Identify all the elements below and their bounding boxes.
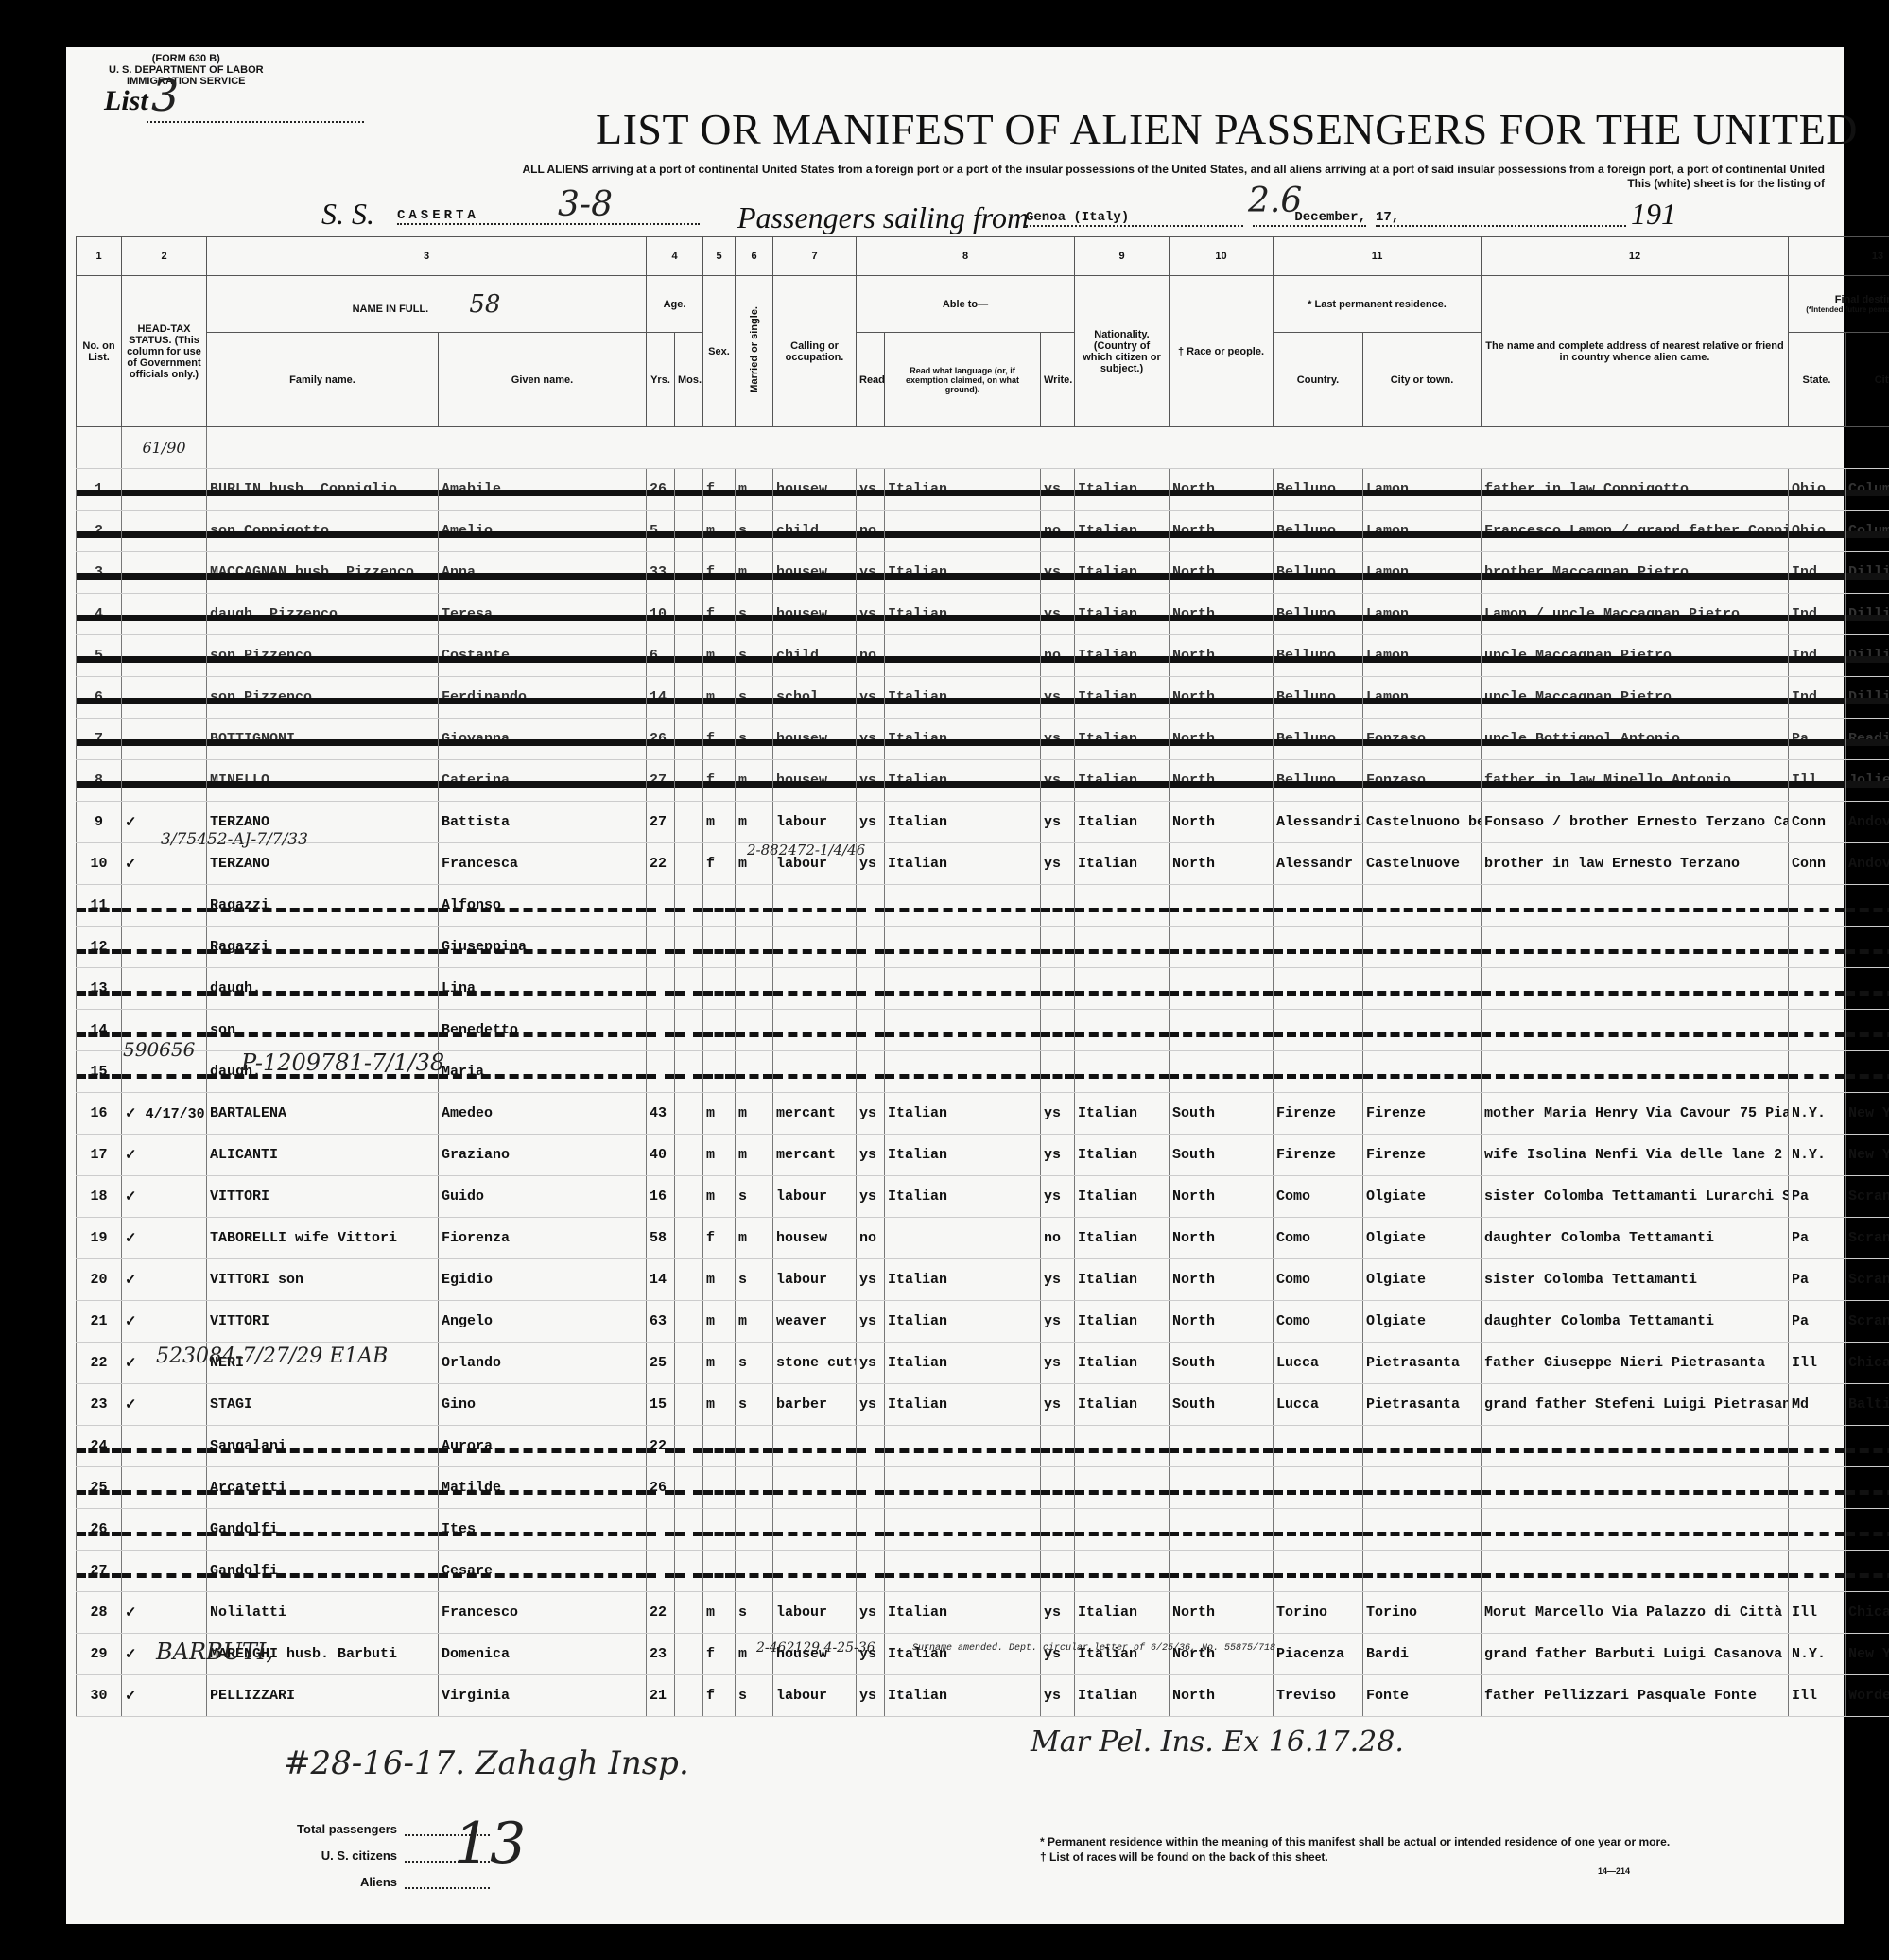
cell-nat: Italian (1075, 760, 1170, 802)
cell-lang (885, 968, 1041, 1010)
cell-given: Ferdinando (439, 677, 647, 719)
cell-mos (675, 552, 703, 594)
subtitle-line1: ALL ALIENS arriving at a port of contine… (227, 163, 1825, 177)
cell-family: VITTORI son (207, 1259, 439, 1301)
cell-tax: ✓ (122, 843, 207, 885)
cell-write (1041, 968, 1075, 1010)
cell-no: 4 (77, 594, 122, 635)
cell-write: no (1041, 1218, 1075, 1259)
cell-dest: Reading (1846, 719, 1889, 760)
cell-lang (885, 885, 1041, 927)
cell-write: ys (1041, 1343, 1075, 1384)
cell-given: Benedetto (439, 1010, 647, 1051)
subtitle-line2: This (white) sheet is for the listing of (227, 177, 1825, 191)
cell-tax: ✓ (122, 1301, 207, 1343)
cell-read: ys (857, 594, 885, 635)
cell-read: ys (857, 1675, 885, 1717)
cell-mos (675, 1010, 703, 1051)
cell-read: ys (857, 677, 885, 719)
cell-dest: Columbus (1846, 469, 1889, 511)
cell-city: Lamon (1363, 677, 1482, 719)
cell-read: ys (857, 1343, 885, 1384)
cell-mos (675, 760, 703, 802)
cell-ms: m (736, 802, 773, 843)
header-race: † Race or people. (1170, 276, 1274, 427)
cell-occ: weaver (773, 1301, 857, 1343)
cell-write: ys (1041, 760, 1075, 802)
cell-given: Maria (439, 1051, 647, 1093)
cell-country: Firenze (1274, 1135, 1363, 1176)
cell-sex: f (703, 594, 736, 635)
col-num-10: 10 (1170, 237, 1274, 276)
cell-given: Ites (439, 1509, 647, 1551)
cell-state: Ill (1789, 760, 1846, 802)
cell-age: 23 (647, 1634, 675, 1675)
cell-ms: m (736, 469, 773, 511)
cell-dest: Scranton (1846, 1176, 1889, 1218)
cell-occ: housew (773, 1218, 857, 1259)
cell-given: Amabile (439, 469, 647, 511)
cell-given: Anna (439, 552, 647, 594)
cell-city: Torino (1363, 1592, 1482, 1634)
cell-age (647, 1509, 675, 1551)
cell-state: N.Y. (1789, 1135, 1846, 1176)
cell-country (1274, 927, 1363, 968)
header-given-name: Given name. (439, 333, 647, 427)
cell-tax: ✓ (122, 1218, 207, 1259)
header-final-destination: Final destination.(*Intended future perm… (1789, 276, 1889, 333)
cell-family: son Pizzenco (207, 677, 439, 719)
cell-mos (675, 1343, 703, 1384)
cell-read: ys (857, 1259, 885, 1301)
cell-sex: f (703, 1218, 736, 1259)
header-read-language: Read what language (or, if exemption cla… (885, 333, 1041, 427)
cell-city: Fonte (1363, 1675, 1482, 1717)
cell-city: Fonzaso (1363, 760, 1482, 802)
cell-mos (675, 469, 703, 511)
cell-dest: Scranton (1846, 1259, 1889, 1301)
cell-dest: Scranton (1846, 1218, 1889, 1259)
cell-mos (675, 843, 703, 885)
cell-tax (122, 968, 207, 1010)
cell-ms: s (736, 594, 773, 635)
cell-mos (675, 802, 703, 843)
cell-occ: mercant (773, 1135, 857, 1176)
cell-nat: Italian (1075, 552, 1170, 594)
cell-nat: Italian (1075, 511, 1170, 552)
cell-ms (736, 1467, 773, 1509)
cell-dest (1846, 1467, 1889, 1509)
cell-occ: housew (773, 719, 857, 760)
cell-occ (773, 927, 857, 968)
cell-tax: ✓ (122, 1592, 207, 1634)
cell-ms: m (736, 760, 773, 802)
cell-dest: New York (1846, 1634, 1889, 1675)
cell-dest: Chicago (1846, 1592, 1889, 1634)
subtitle: ALL ALIENS arriving at a port of contine… (227, 163, 1825, 191)
cell-race: North (1170, 1634, 1274, 1675)
header-nationality: Nationality. (Country of which citizen o… (1075, 276, 1170, 427)
cell-state: Conn (1789, 802, 1846, 843)
cell-relative: daughter Colomba Tettamanti (1482, 1218, 1789, 1259)
row29-amendment-note: Surname amended. Dept. circular letter o… (912, 1643, 1275, 1654)
cell-ms: m (736, 1301, 773, 1343)
row9-annotation: 3/75452-AJ-7/7/33 (161, 830, 308, 849)
cell-relative: father Giuseppe Nieri Pietrasanta (1482, 1343, 1789, 1384)
cell-nat (1075, 1467, 1170, 1509)
cell-city: Castelnuove (1363, 843, 1482, 885)
cell-state: Ohio (1789, 511, 1846, 552)
table-row: 17✓ALICANTIGraziano40mmmercantysItaliany… (77, 1135, 1889, 1176)
cell-race (1170, 1551, 1274, 1592)
cell-tax (122, 1426, 207, 1467)
cell-read: no (857, 635, 885, 677)
cell-family: son Coppigotto (207, 511, 439, 552)
cell-occ: barber (773, 1384, 857, 1426)
cell-age (647, 885, 675, 927)
cell-state: N.Y. (1789, 1634, 1846, 1675)
cell-given: Caterina (439, 760, 647, 802)
cell-state: Ill (1789, 1592, 1846, 1634)
cell-read: ys (857, 1135, 885, 1176)
cell-given: Teresa (439, 594, 647, 635)
cell-nat: Italian (1075, 843, 1170, 885)
cell-age: 5 (647, 511, 675, 552)
cell-dest (1846, 1509, 1889, 1551)
cell-write: ys (1041, 1093, 1075, 1135)
sailing-day: 17, (1376, 210, 1626, 227)
cell-write: ys (1041, 1592, 1075, 1634)
cell-no: 21 (77, 1301, 122, 1343)
cell-occ (773, 1426, 857, 1467)
cell-state: Pa (1789, 1259, 1846, 1301)
cell-country (1274, 1426, 1363, 1467)
cell-lang (885, 1010, 1041, 1051)
cell-age (647, 927, 675, 968)
list-number: 3 (151, 70, 179, 121)
cell-lang: Italian (885, 594, 1041, 635)
cell-occ: labour (773, 1675, 857, 1717)
table-row: 3MACCAGNAN husb. PizzencoAnna33fmhousewy… (77, 552, 1889, 594)
cell-race (1170, 1509, 1274, 1551)
table-row: 5son PizzencoCostante6mschildnonoItalian… (77, 635, 1889, 677)
cell-nat (1075, 1551, 1170, 1592)
cell-nat (1075, 1426, 1170, 1467)
cell-state: Ill (1789, 1675, 1846, 1717)
table-row: 14sonBenedetto (77, 1010, 1889, 1051)
cell-tax (122, 719, 207, 760)
cell-lang: Italian (885, 552, 1041, 594)
cell-no: 17 (77, 1135, 122, 1176)
cell-mos (675, 1467, 703, 1509)
cell-mos (675, 1634, 703, 1675)
cell-ms: s (736, 511, 773, 552)
cell-lang: Italian (885, 1384, 1041, 1426)
cell-ms (736, 1010, 773, 1051)
cell-nat: Italian (1075, 469, 1170, 511)
table-row: 19✓TABORELLI wife VittoriFiorenza58fmhou… (77, 1218, 1889, 1259)
cell-country: Alessandria (1274, 802, 1363, 843)
cell-given: Egidio (439, 1259, 647, 1301)
cell-tax (122, 635, 207, 677)
cell-ms: s (736, 1259, 773, 1301)
cell-write: ys (1041, 677, 1075, 719)
cell-dest: Baltimore (1846, 1384, 1889, 1426)
cell-relative: brother in law Ernesto Terzano (1482, 843, 1789, 885)
cell-occ (773, 1551, 857, 1592)
cell-no: 28 (77, 1592, 122, 1634)
cell-family: Ragazzi (207, 927, 439, 968)
cell-no: 16 (77, 1093, 122, 1135)
cell-mos (675, 1135, 703, 1176)
cell-city: Olgiate (1363, 1218, 1482, 1259)
cell-state: Pa (1789, 719, 1846, 760)
cell-state: Ind (1789, 594, 1846, 635)
cell-no: 22 (77, 1343, 122, 1384)
cell-nat (1075, 1010, 1170, 1051)
cell-occ: housew (773, 760, 857, 802)
cell-mos (675, 1093, 703, 1135)
cell-race (1170, 968, 1274, 1010)
cell-state (1789, 968, 1846, 1010)
column-numbers-row: 1 2 3 4 5 6 7 8 9 10 11 12 13 (77, 237, 1889, 276)
cell-family: Gandolfi (207, 1551, 439, 1592)
cell-no: 5 (77, 635, 122, 677)
cell-age: 16 (647, 1176, 675, 1218)
cell-country: Belluno (1274, 594, 1363, 635)
name-annotation: 58 (469, 290, 500, 319)
cell-nat: Italian (1075, 1135, 1170, 1176)
cell-city: Olgiate (1363, 1301, 1482, 1343)
header-head-tax: HEAD-TAX STATUS. (This column for use of… (122, 276, 207, 427)
cell-relative: father in law Minello Antonio (1482, 760, 1789, 802)
cell-age: 63 (647, 1301, 675, 1343)
cell-read (857, 1509, 885, 1551)
cell-sex: m (703, 1176, 736, 1218)
cell-write: ys (1041, 594, 1075, 635)
cell-state (1789, 1509, 1846, 1551)
table-row: 2son CoppigottoAmelio5mschildnonoItalian… (77, 511, 1889, 552)
cell-family: Gandolfi (207, 1509, 439, 1551)
col-num-5: 5 (703, 237, 736, 276)
cell-tax: ✓ (122, 1176, 207, 1218)
cell-read: no (857, 511, 885, 552)
cell-relative: wife Isolina Nenfi Via delle lane 2 Fire… (1482, 1135, 1789, 1176)
cell-race (1170, 1426, 1274, 1467)
cell-write: ys (1041, 1675, 1075, 1717)
form-id: (FORM 630 B) U. S. DEPARTMENT OF LABOR I… (109, 53, 264, 87)
cell-state (1789, 1051, 1846, 1093)
cell-ms: s (736, 719, 773, 760)
manifest-table-wrap: 1 2 3 4 5 6 7 8 9 10 11 12 13 No. on Lis… (76, 236, 1834, 1717)
cell-write (1041, 885, 1075, 927)
cell-read: no (857, 1218, 885, 1259)
cell-race: North (1170, 635, 1274, 677)
cell-nat: Italian (1075, 1301, 1170, 1343)
cell-occ (773, 1467, 857, 1509)
cell-state (1789, 1426, 1846, 1467)
cell-city: Pietrasanta (1363, 1384, 1482, 1426)
cell-write: ys (1041, 802, 1075, 843)
cell-write: no (1041, 511, 1075, 552)
cell-nat: Italian (1075, 1259, 1170, 1301)
cell-age: 22 (647, 1426, 675, 1467)
cell-relative: mother Maria Henry Via Cavour 75 Piano 2… (1482, 1093, 1789, 1135)
cell-tax (122, 511, 207, 552)
cell-state: N.Y. (1789, 1093, 1846, 1135)
cell-write (1041, 1551, 1075, 1592)
cell-city (1363, 927, 1482, 968)
table-row: 7BOTTIGNONIGiovanna26fshousewysItalianys… (77, 719, 1889, 760)
cell-no: 12 (77, 927, 122, 968)
cell-country: Como (1274, 1218, 1363, 1259)
cell-relative: sister Colomba Tettamanti (1482, 1259, 1789, 1301)
cell-no: 1 (77, 469, 122, 511)
cell-age (647, 1010, 675, 1051)
cell-tax: ✓ (122, 1384, 207, 1426)
cell-state (1789, 1467, 1846, 1509)
cell-race: North (1170, 677, 1274, 719)
cell-dest (1846, 927, 1889, 968)
cell-ms (736, 968, 773, 1010)
cell-age: 27 (647, 760, 675, 802)
cell-race: North (1170, 843, 1274, 885)
cell-tax: ✓ (122, 1259, 207, 1301)
total-passengers-value: 13 (454, 1811, 526, 1877)
cell-write (1041, 1467, 1075, 1509)
cell-given: Angelo (439, 1301, 647, 1343)
cell-dest: Chicago (1846, 1343, 1889, 1384)
cell-read: ys (857, 469, 885, 511)
cell-given: Alfonso (439, 885, 647, 927)
cell-ms (736, 1051, 773, 1093)
cell-occ: housew (773, 552, 857, 594)
cell-occ (773, 1010, 857, 1051)
col-num-3: 3 (207, 237, 647, 276)
cell-mos (675, 677, 703, 719)
cell-state: Pa (1789, 1176, 1846, 1218)
cell-state: Pa (1789, 1301, 1846, 1343)
row22-annotation: 523084-7/27/29 E1AB (156, 1344, 388, 1368)
cell-occ: child (773, 511, 857, 552)
cell-tax (122, 552, 207, 594)
cell-nat (1075, 968, 1170, 1010)
cell-family: BARTALENA (207, 1093, 439, 1135)
header-married-single: Married or single. (736, 276, 773, 427)
department-name: U. S. DEPARTMENT OF LABOR (109, 64, 264, 76)
cell-sex (703, 927, 736, 968)
cell-dest: Dillitown (1846, 635, 1889, 677)
cell-age: 43 (647, 1093, 675, 1135)
cell-ms: s (736, 1343, 773, 1384)
cell-race: North (1170, 1218, 1274, 1259)
cell-family: MINELLO (207, 760, 439, 802)
cell-given: Orlando (439, 1343, 647, 1384)
cell-relative (1482, 1551, 1789, 1592)
cell-read: ys (857, 719, 885, 760)
cell-mos (675, 1051, 703, 1093)
cell-mos (675, 1176, 703, 1218)
cell-family: VITTORI (207, 1176, 439, 1218)
cell-read: ys (857, 1301, 885, 1343)
cell-occ (773, 968, 857, 1010)
cell-sex: m (703, 1301, 736, 1343)
form-code: 14—214 (1598, 1866, 1630, 1876)
cell-ms (736, 1551, 773, 1592)
cell-read: ys (857, 1176, 885, 1218)
cell-city: Lamon (1363, 511, 1482, 552)
cell-lang: Italian (885, 1343, 1041, 1384)
cell-nat: Italian (1075, 594, 1170, 635)
cell-read: ys (857, 1093, 885, 1135)
table-row: 13daugh.Lina (77, 968, 1889, 1010)
cell-dest: Columbus (1846, 511, 1889, 552)
cell-read (857, 1426, 885, 1467)
cell-sex (703, 1509, 736, 1551)
cell-race: North (1170, 719, 1274, 760)
cell-mos (675, 594, 703, 635)
cell-relative: father in law Coppigotto (1482, 469, 1789, 511)
row29-family-correction: BARBUTI, (156, 1639, 273, 1665)
cell-sex (703, 1051, 736, 1093)
cell-write: ys (1041, 1634, 1075, 1675)
cell-dest (1846, 1551, 1889, 1592)
cell-relative: grand father Stefeni Luigi Pietrasanta (1482, 1384, 1789, 1426)
cell-sex: m (703, 677, 736, 719)
cell-no: 6 (77, 677, 122, 719)
cell-country: Belluno (1274, 511, 1363, 552)
cell-age: 14 (647, 677, 675, 719)
cell-no: 29 (77, 1634, 122, 1675)
cell-lang: Italian (885, 1135, 1041, 1176)
cell-country: Torino (1274, 1592, 1363, 1634)
cell-given: Virginia (439, 1675, 647, 1717)
cell-no: 14 (77, 1010, 122, 1051)
cell-family: BURLIN husb. Coppiglio (207, 469, 439, 511)
cell-city: Lamon (1363, 594, 1482, 635)
cell-tax (122, 1509, 207, 1551)
cell-lang: Italian (885, 1675, 1041, 1717)
cell-sex: m (703, 1135, 736, 1176)
cell-ms (736, 1426, 773, 1467)
table-row: 1BURLIN husb. CoppiglioAmabile26fmhousew… (77, 469, 1889, 511)
cell-ms: s (736, 1592, 773, 1634)
cell-city: Lamon (1363, 552, 1482, 594)
cell-ms: s (736, 677, 773, 719)
cell-occ: labour (773, 1592, 857, 1634)
cell-state (1789, 1551, 1846, 1592)
cell-city: Olgiate (1363, 1176, 1482, 1218)
cell-relative: uncle Maccagnan Pietro (1482, 677, 1789, 719)
cell-country: Treviso (1274, 1675, 1363, 1717)
cell-ms: m (736, 1218, 773, 1259)
cell-nat: Italian (1075, 1634, 1170, 1675)
cell-relative: grand father Barbuti Luigi Casanova di B… (1482, 1634, 1789, 1675)
header-write: Write. (1041, 333, 1075, 427)
cell-occ: child (773, 635, 857, 677)
cell-race: North (1170, 469, 1274, 511)
cell-state: Ind (1789, 552, 1846, 594)
col-num-9: 9 (1075, 237, 1170, 276)
cell-family: TERZANO (207, 843, 439, 885)
cell-no: 23 (77, 1384, 122, 1426)
col-num-1: 1 (77, 237, 122, 276)
cell-given: Fiorenza (439, 1218, 647, 1259)
cell-lang: Italian (885, 1592, 1041, 1634)
cell-no: 11 (77, 885, 122, 927)
cell-write (1041, 1051, 1075, 1093)
cell-nat: Italian (1075, 677, 1170, 719)
